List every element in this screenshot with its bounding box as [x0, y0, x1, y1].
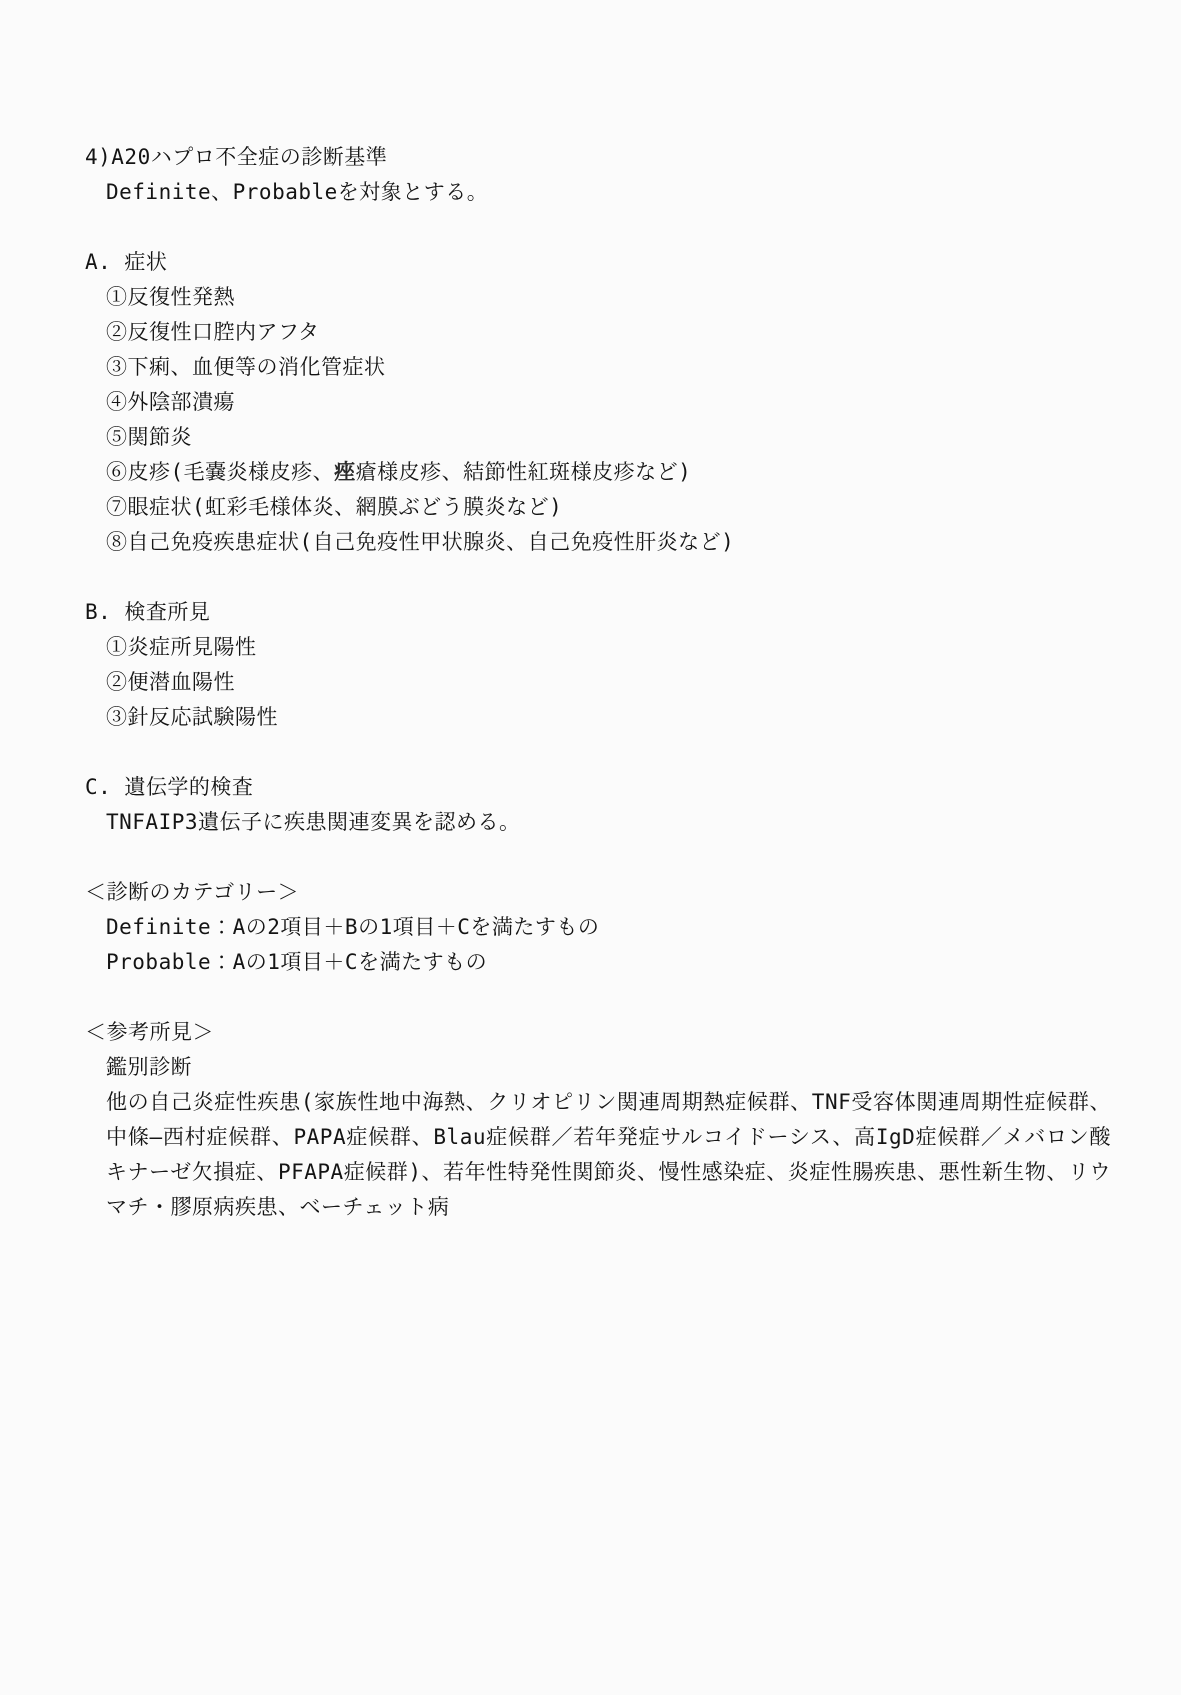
reference-findings-paragraph: 他の自己炎症性疾患(家族性地中海熱、クリオピリン関連周期熱症候群、TNF受容体関…: [106, 1085, 1111, 1225]
section-c-header: C. 遺伝学的検査: [85, 770, 1105, 805]
section-b-header: B. 検査所見: [85, 595, 1105, 630]
section-a-item-6: ⑥皮疹(毛嚢炎様皮疹、痤瘡様皮疹、結節性紅斑様皮疹など): [106, 455, 1105, 490]
section-a-header: A. 症状: [85, 245, 1105, 280]
spacer: [85, 735, 1105, 770]
section-b-item-1: ①炎症所見陽性: [106, 630, 1105, 665]
diagnosis-category-header: ＜診断のカテゴリー＞: [85, 875, 1105, 910]
section-a-item-4: ④外陰部潰瘍: [106, 385, 1105, 420]
diagnosis-category-definite: Definite：Aの2項目＋Bの1項目＋Cを満たすもの: [106, 910, 1105, 945]
reference-findings-subheader: 鑑別診断: [106, 1050, 1105, 1085]
document-title: 4)A20ハプロ不全症の診断基準: [85, 140, 1105, 175]
section-a-item-6-post: 瘡様皮疹、結節性紅斑様皮疹など): [356, 460, 692, 484]
section-a-item-2: ②反復性口腔内アフタ: [106, 315, 1105, 350]
section-a-item-3: ③下痢、血便等の消化管症状: [106, 350, 1105, 385]
document-subtitle: Definite、Probableを対象とする。: [106, 175, 1105, 210]
spacer: [85, 560, 1105, 595]
section-b-item-3: ③針反応試験陽性: [106, 700, 1105, 735]
section-a-item-7: ⑦眼症状(虹彩毛様体炎、網膜ぶどう膜炎など): [106, 490, 1105, 525]
spacer: [85, 210, 1105, 245]
reference-findings-header: ＜参考所見＞: [85, 1015, 1105, 1050]
section-a-item-6-emphasized-char: 痤: [334, 460, 356, 484]
document-page: 4)A20ハプロ不全症の診断基準 Definite、Probableを対象とする…: [0, 0, 1181, 1695]
section-b-item-2: ②便潜血陽性: [106, 665, 1105, 700]
section-a-item-8: ⑧自己免疫疾患症状(自己免疫性甲状腺炎、自己免疫性肝炎など): [106, 525, 1105, 560]
spacer: [85, 840, 1105, 875]
section-a-item-6-pre: ⑥皮疹(毛嚢炎様皮疹、: [106, 460, 334, 484]
spacer: [85, 980, 1105, 1015]
section-a-item-5: ⑤関節炎: [106, 420, 1105, 455]
section-c-body: TNFAIP3遺伝子に疾患関連変異を認める。: [106, 805, 1105, 840]
section-a-item-1: ①反復性発熱: [106, 280, 1105, 315]
diagnosis-category-probable: Probable：Aの1項目＋Cを満たすもの: [106, 945, 1105, 980]
